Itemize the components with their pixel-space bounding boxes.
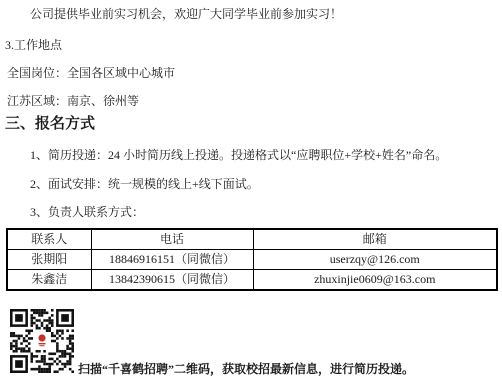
header-phone: 电话	[91, 229, 253, 250]
location-national: 全国岗位：全国各区域中心城市	[7, 66, 175, 81]
apply-item-interview: 2、面试安排：统一规模的线上+线下面试。	[30, 177, 259, 192]
work-location-heading: 3.工作地点	[5, 38, 62, 53]
apply-section-heading: 三、报名方式	[5, 115, 95, 133]
apply-item-contacts: 3、负责人联系方式：	[30, 205, 144, 220]
header-email: 邮箱	[253, 229, 497, 250]
table-row: 张期阳 18846916151（同微信） userzqy@126.com	[7, 250, 497, 270]
contact-email: userzqy@126.com	[253, 250, 497, 270]
contact-name: 朱鑫洁	[7, 270, 91, 291]
qr-caption: 扫描“千喜鹤招聘”二维码，获取校招最新信息，进行简历投递。	[78, 362, 414, 377]
contact-name: 张期阳	[7, 250, 91, 270]
contact-phone: 13842390615（同微信）	[91, 270, 253, 291]
contacts-table: 联系人 电话 邮箱 张期阳 18846916151（同微信） userzqy@1…	[6, 228, 498, 291]
intro-paragraph: 公司提供毕业前实习机会，欢迎广大同学毕业前参加实习！	[6, 7, 342, 22]
contact-phone: 18846916151（同微信）	[91, 250, 253, 270]
contact-email: zhuxinjie0609@163.com	[253, 270, 497, 291]
document-page: 公司提供毕业前实习机会，欢迎广大同学毕业前参加实习！ 3.工作地点 全国岗位：全…	[0, 0, 502, 388]
table-header-row: 联系人 电话 邮箱	[7, 229, 497, 250]
table-row: 朱鑫洁 13842390615（同微信） zhuxinjie0609@163.c…	[7, 270, 497, 291]
header-contact-name: 联系人	[7, 229, 91, 250]
location-jiangsu: 江苏区域：南京、徐州等	[7, 94, 139, 109]
apply-item-resume: 1、简历投递：24 小时简历线上投递。投递格式以“应聘职位+学校+姓名”命名。	[30, 148, 447, 163]
qr-code	[10, 309, 74, 373]
